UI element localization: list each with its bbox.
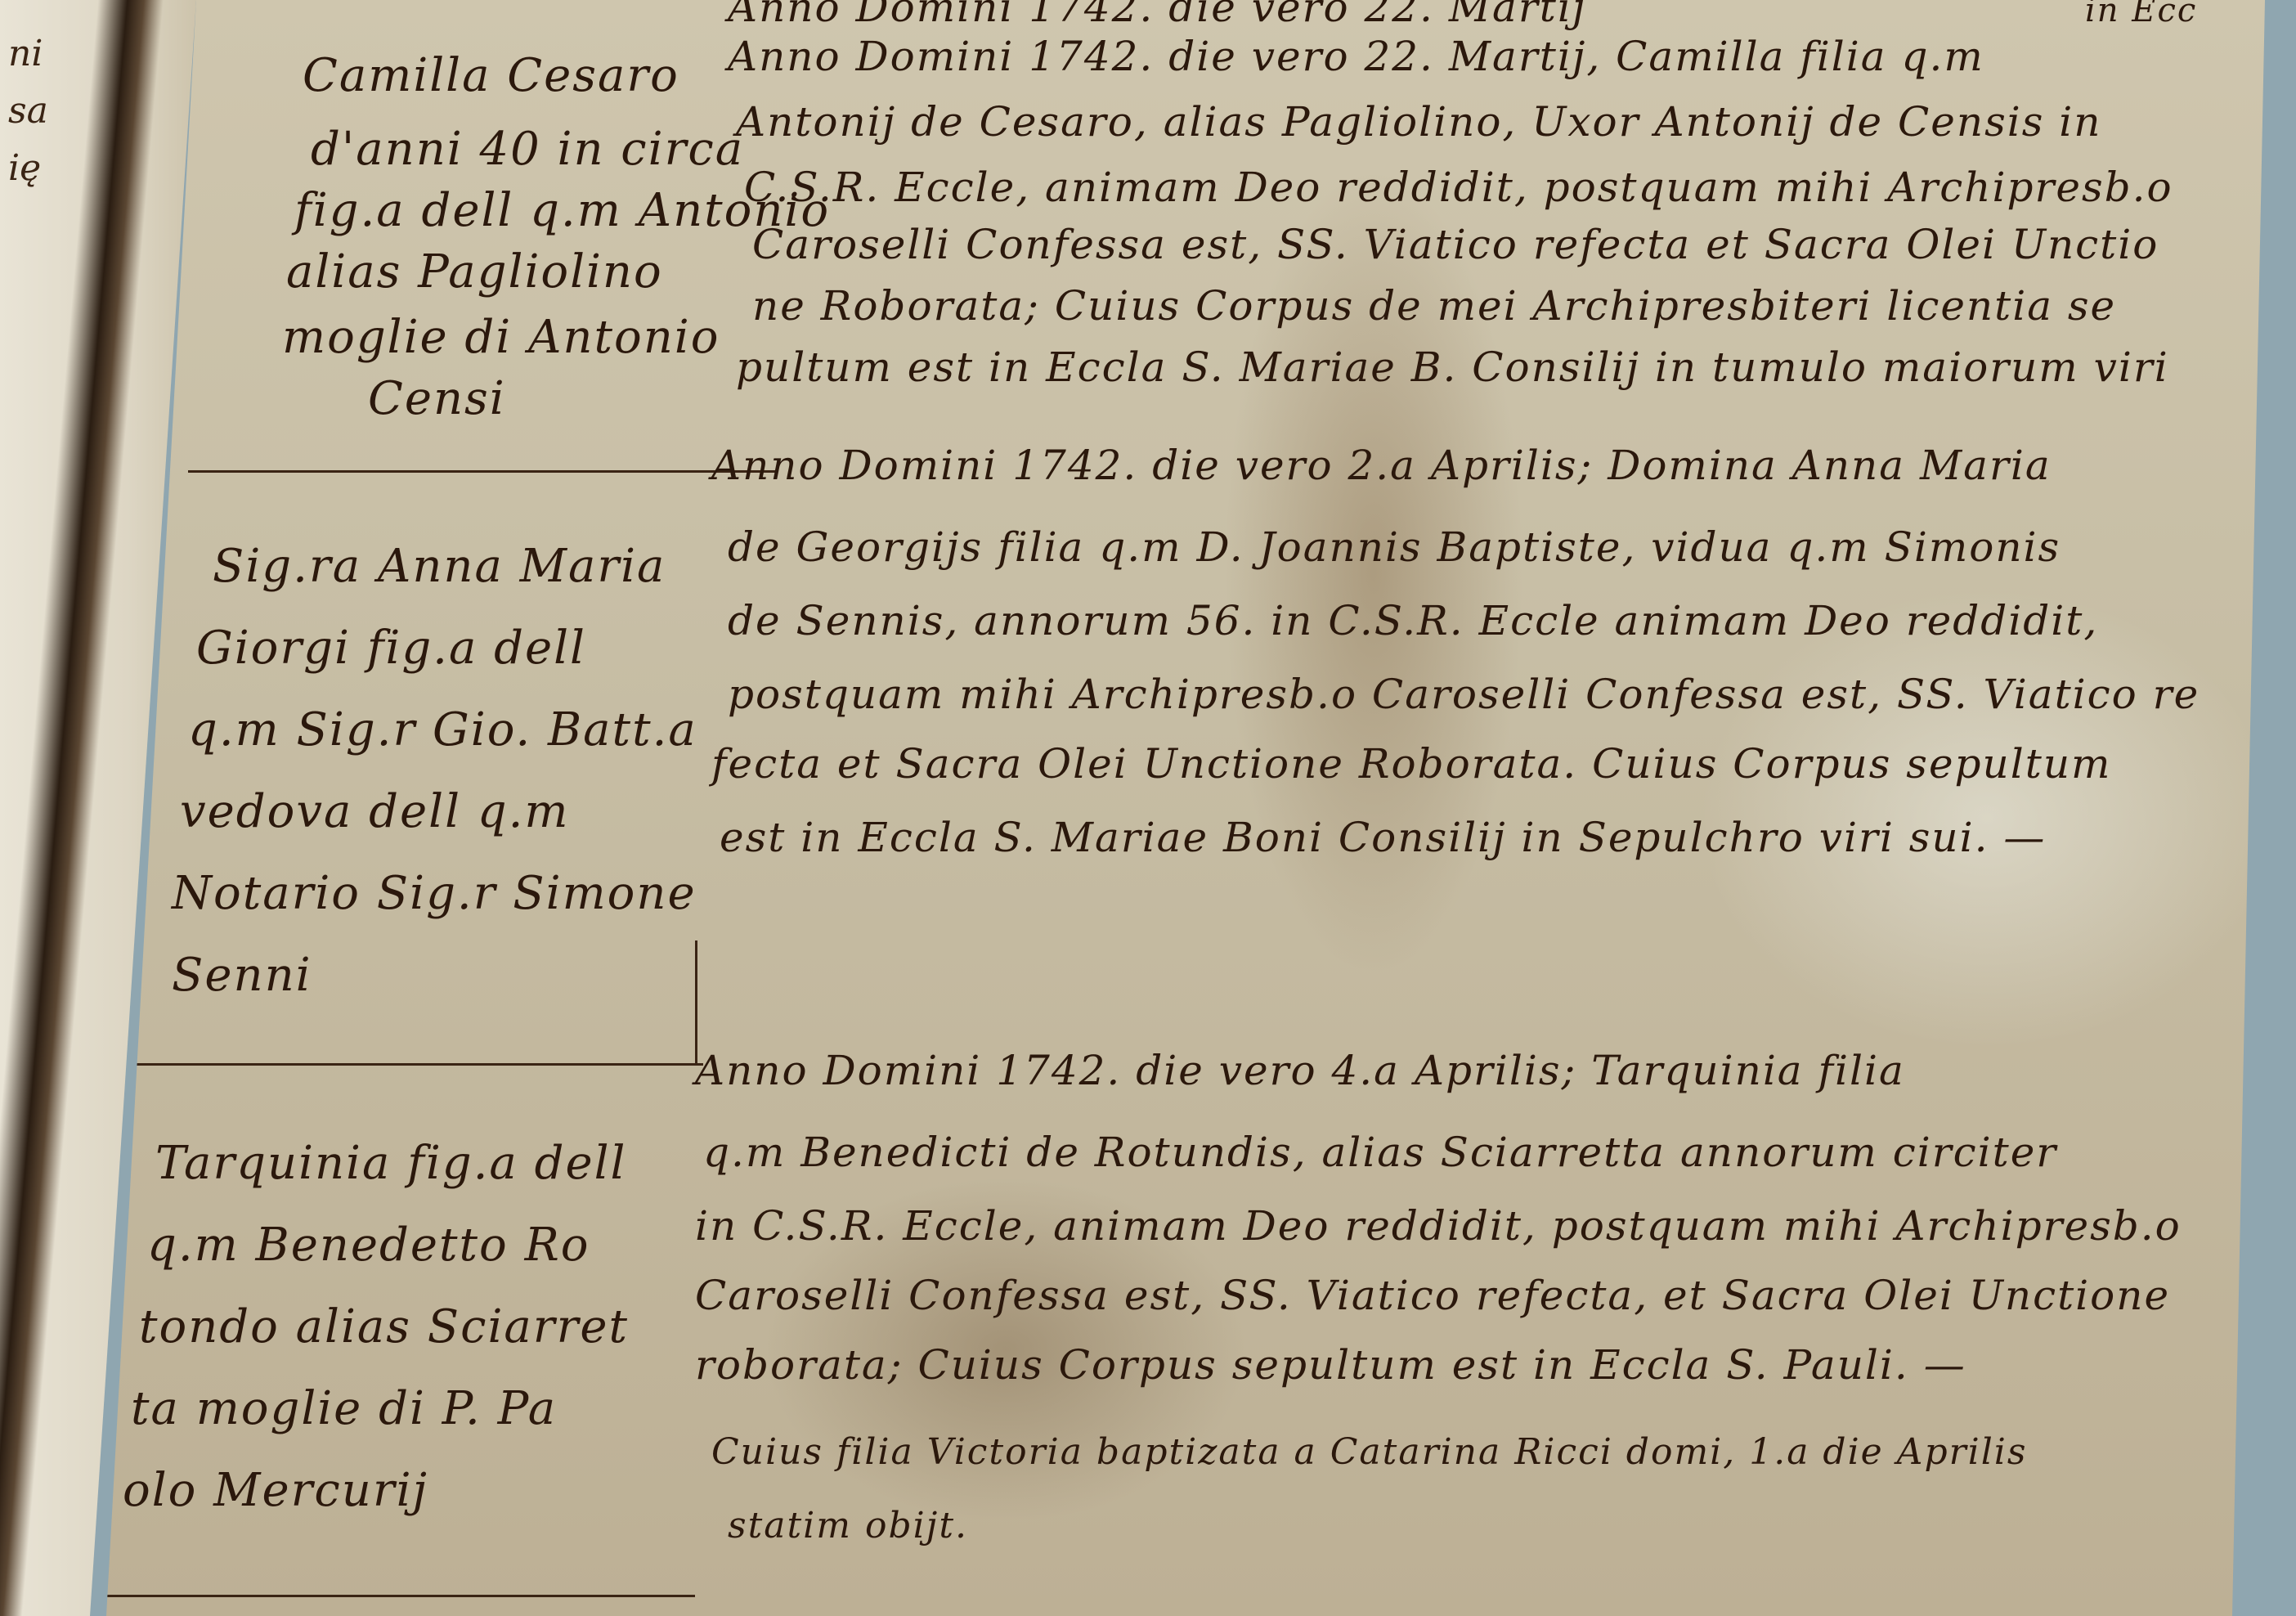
entry-line: roborata; Cuius Corpus sepultum est in E… — [695, 1341, 1966, 1389]
margin-line: tondo alias Sciarret — [139, 1300, 629, 1353]
facing-page-fragment: ni — [8, 33, 43, 74]
header-line: Anno Domini 1742. die vero 22. Martij — [728, 0, 1586, 31]
entry-line: ne Roborata; Cuius Corpus de mei Archipr… — [752, 282, 2116, 330]
margin-line: Camilla Cesaro — [303, 49, 679, 102]
margin-line: Tarquinia fig.a dell — [155, 1137, 626, 1190]
entry-line: fecta et Sacra Olei Unctione Roborata. C… — [711, 740, 2111, 788]
entry-line: Antonij de Cesaro, alias Pagliolino, Uxo… — [736, 98, 2101, 146]
margin-line: moglie di Antonio — [282, 311, 720, 364]
margin-line: Senni — [172, 949, 312, 1002]
entry-line: in C.S.R. Eccle, animam Deo reddidit, po… — [695, 1202, 2182, 1250]
register-page: Anno Domini 1742. die vero 22. Martij in… — [106, 0, 2265, 1616]
entry-line: Anno Domini 1742. die vero 4.a Aprilis; … — [695, 1047, 1905, 1094]
entry-divider — [188, 470, 777, 473]
margin-line: Giorgi fig.a dell — [196, 622, 586, 675]
margin-line: d'anni 40 in circa — [311, 123, 744, 176]
entry-line: statim obijt. — [728, 1505, 968, 1546]
margin-line: Censi — [368, 372, 506, 425]
entry-line: Anno Domini 1742. die vero 22. Martij, C… — [728, 33, 1984, 80]
entry-divider — [131, 1063, 703, 1066]
header-top-right: in Ecc — [2085, 0, 2197, 29]
facing-page-fragment: ię — [8, 147, 41, 189]
entry-divider — [106, 1595, 695, 1597]
entry-line: de Sennis, annorum 56. in C.S.R. Eccle a… — [728, 597, 2098, 644]
entry-line: Caroselli Confessa est, SS. Viatico refe… — [752, 221, 2159, 268]
margin-line: q.m Sig.r Gio. Batt.a — [188, 703, 697, 756]
entry-line: postquam mihi Archipresb.o Caroselli Con… — [728, 671, 2200, 718]
entry-line: q.m Benedicti de Rotundis, alias Sciarre… — [703, 1129, 2057, 1176]
margin-line: q.m Benedetto Ro — [147, 1219, 590, 1272]
facing-page-fragment: sa — [8, 90, 48, 132]
margin-line: Notario Sig.r Simone — [172, 867, 697, 920]
entry-line: Cuius filia Victoria baptizata a Catarin… — [711, 1431, 2027, 1473]
margin-line: vedova dell q.m — [180, 785, 570, 838]
entry-line: Anno Domini 1742. die vero 2.a Aprilis; … — [711, 442, 2052, 489]
entry-line: est in Eccla S. Mariae Boni Consilij in … — [720, 814, 2046, 861]
entry-line: de Georgijs filia q.m D. Joannis Baptist… — [728, 523, 2061, 571]
margin-box-edge — [695, 940, 697, 1063]
margin-line: alias Pagliolino — [286, 245, 663, 299]
entry-line: pultum est in Eccla S. Mariae B. Consili… — [736, 343, 2169, 391]
entry-line: C.S.R. Eccle, animam Deo reddidit, postq… — [744, 164, 2173, 211]
entry-line: Caroselli Confessa est, SS. Viatico refe… — [695, 1272, 2170, 1319]
margin-line: ta moglie di P. Pa — [131, 1382, 557, 1435]
margin-line: olo Mercurij — [123, 1464, 428, 1517]
margin-line: Sig.ra Anna Maria — [213, 540, 666, 593]
